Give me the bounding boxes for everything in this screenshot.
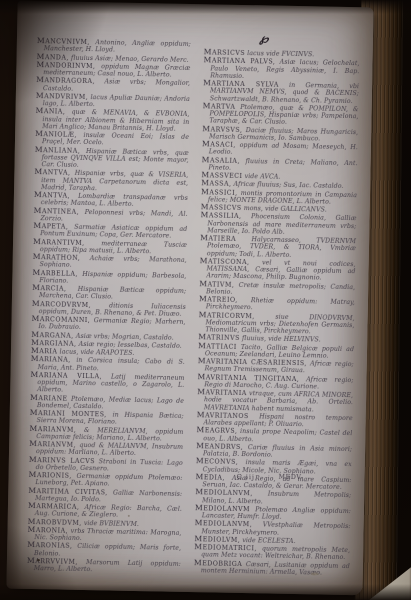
entry-headword: MATREIO, xyxy=(199,296,238,304)
entry-headword: MASSICI, xyxy=(201,189,238,197)
dictionary-entry: MAVRITANIA vtraque, cum AFRICA MINORE, h… xyxy=(197,388,353,414)
dictionary-entry: MATRICORVM, siue DINODVRVM, Mediomatricu… xyxy=(198,311,354,337)
dictionary-entry: MARTIANA SYLVA in Germania, vbi MARTIANV… xyxy=(203,79,359,105)
dictionary-entry: MANIA, quæ & MENAVIA, & EVBONIA, insula … xyxy=(35,107,189,133)
handwritten-ink-mark: ℘ xyxy=(259,31,269,46)
dictionary-entry: MANTVA, Hispaniæ vrbs, quæ & VISERIA, it… xyxy=(34,168,188,194)
entry-headword: MATIERA xyxy=(200,235,236,243)
dictionary-entry: MATIERA Halycarnasseo, TVDERNVM Ptolemæo… xyxy=(200,234,356,260)
ink-speck xyxy=(37,559,40,561)
text-column-left: MANCVNIVM, Antonino, Angliæ oppidum; Man… xyxy=(27,37,191,575)
paper-stain xyxy=(311,572,319,575)
photo-of-open-book: ℘ MANCVNIVM, Antonino, Angliæ oppidum; M… xyxy=(0,0,411,600)
book-page: ℘ MANCVNIVM, Antonino, Angliæ oppidum; M… xyxy=(6,1,373,596)
entry-headword: MARCIA, xyxy=(32,285,67,293)
entry-headword: MANTVA, xyxy=(34,169,70,177)
dictionary-entry: MARIANA VILLA, Latij mediterraneum oppid… xyxy=(30,371,184,397)
entry-headword: MARTVA xyxy=(203,103,236,111)
ink-speck xyxy=(128,515,130,517)
printed-text-layer: ℘ MANCVNIVM, Antonino, Angliæ oppidum; M… xyxy=(6,1,373,596)
entry-headword: MATIVM, xyxy=(199,281,234,289)
dictionary-entry: MATISCONA, vel vt noui codices, MATISSAN… xyxy=(199,257,355,283)
dictionary-entry: MEDOBRIGA Cæsari, Lusitaniæ oppidum ad m… xyxy=(194,559,350,577)
dictionary-entry: MARRVVIVM, Marsorum Latij oppidum: Marro… xyxy=(27,557,181,575)
entry-headword: MARIANE xyxy=(30,394,68,402)
text-column-right: MARSICVS lacus vide FVCINVS. MARTIANA PA… xyxy=(194,48,360,577)
dictionary-entry: MASSILIA, Phocensium Colonia, Galliæ Nar… xyxy=(200,211,356,237)
catchword: MEDV- xyxy=(279,474,304,481)
entry-headword: MANTVA, xyxy=(34,192,70,200)
entry-headword: MASALIA, xyxy=(202,157,240,165)
entry-headword: MAPETA, xyxy=(33,223,68,231)
dictionary-entry: MANLIANA, Hispaniæ Bæticæ vrbs, quæ fort… xyxy=(34,145,188,171)
dictionary-entry: MARTVA Ptolemæo, quæ & POMPILON, & POMPE… xyxy=(202,102,358,128)
entry-headword: MATTIACI xyxy=(198,343,237,351)
signature-mark: G iij xyxy=(236,473,255,481)
entry-headword: MASACI, xyxy=(202,141,236,149)
dictionary-entry: MARTIANA PALVS, Asiæ lacus; Gelochelat, … xyxy=(203,56,359,82)
entry-headword: MANIA, xyxy=(35,108,65,116)
